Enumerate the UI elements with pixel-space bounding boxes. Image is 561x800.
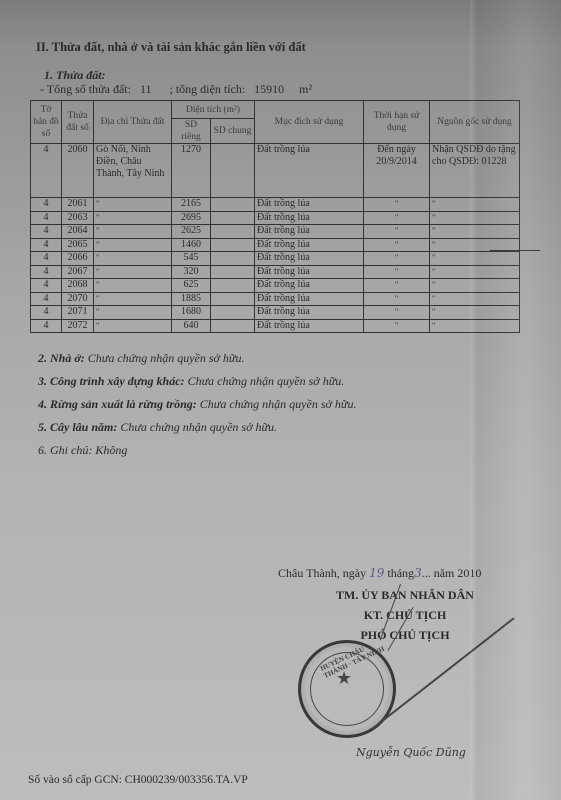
cell-map-sheet: 4: [31, 144, 62, 198]
cell-private: 320: [172, 265, 211, 279]
cell-duration: ": [364, 306, 430, 320]
cell-purpose: Đất trồng lúa: [255, 265, 364, 279]
cell-shared: [211, 252, 255, 266]
land-subtitle: 1. Thửa đất:: [44, 68, 106, 83]
cell-map-sheet: 4: [31, 306, 62, 320]
cell-parcel: 2066: [62, 252, 94, 266]
cell-address: ": [94, 306, 172, 320]
cell-parcel: 2064: [62, 225, 94, 239]
cell-address: ": [94, 292, 172, 306]
cell-address: ": [94, 252, 172, 266]
asset-label: 4. Rừng sản xuất là rừng trồng:: [38, 397, 197, 411]
cell-private: 640: [172, 319, 211, 333]
cell-parcel: 2065: [62, 238, 94, 252]
cell-duration: ": [364, 238, 430, 252]
cell-origin: ": [430, 225, 520, 239]
cell-origin: ": [430, 265, 520, 279]
cell-shared: [211, 211, 255, 225]
asset-value: Chưa chứng nhận quyền sở hữu.: [120, 420, 277, 434]
official-stamp: HUYỆN CHÂU THÀNH · TÂY NINH ★: [298, 640, 396, 738]
cell-map-sheet: 4: [31, 198, 62, 212]
cell-purpose: Đất trồng lúa: [255, 198, 364, 212]
gcn-label: Số vào sổ cấp GCN:: [28, 774, 122, 786]
section-title: II. Thửa đất, nhà ở và tài sản khác gắn …: [36, 40, 306, 55]
asset-item: 6. Ghi chú: Không: [38, 439, 356, 462]
date-month: 3: [414, 566, 422, 580]
table-row: 42066"545Đất trồng lúa"": [31, 252, 520, 266]
cell-map-sheet: 4: [31, 319, 62, 333]
cell-duration: ": [364, 211, 430, 225]
land-totals: - Tổng số thửa đất: 11 ; tổng diện tích:…: [40, 82, 312, 97]
table-row: 42068"625Đất trồng lúa"": [31, 279, 520, 293]
cell-map-sheet: 4: [31, 279, 62, 293]
cell-origin: ": [430, 211, 520, 225]
cell-private: 2165: [172, 198, 211, 212]
header-address: Địa chỉ Thửa đất: [94, 101, 172, 144]
cell-duration: Đến ngày 20/9/2014: [364, 144, 430, 198]
asset-label: 5. Cây lâu năm:: [38, 420, 117, 434]
total-area-label: ; tổng diện tích:: [170, 82, 246, 97]
signature-block: TM. ỦY BAN NHÂN DÂN KT. CHỦ TỊCH PHÓ CHỦ…: [280, 585, 530, 645]
cell-shared: [211, 319, 255, 333]
cell-origin: Nhận QSDĐ do tặng cho QSDĐ: 01228: [430, 144, 520, 198]
cell-parcel: 2067: [62, 265, 94, 279]
cell-shared: [211, 279, 255, 293]
cell-purpose: Đất trồng lúa: [255, 225, 364, 239]
cell-private: 1460: [172, 238, 211, 252]
cell-purpose: Đất trồng lúa: [255, 279, 364, 293]
parcel-table: Tờ bản đồ số Thửa đất số Địa chỉ Thửa đấ…: [30, 100, 520, 333]
cell-purpose: Đất trồng lúa: [255, 306, 364, 320]
cell-private: 2625: [172, 225, 211, 239]
table-row: 42067"320Đất trồng lúa"": [31, 265, 520, 279]
cell-private: 2695: [172, 211, 211, 225]
cell-purpose: Đất trồng lúa: [255, 319, 364, 333]
cell-shared: [211, 265, 255, 279]
signer-org: TM. ỦY BAN NHÂN DÂN: [280, 585, 530, 605]
header-area-private: SD riêng: [172, 119, 211, 144]
place-date: Châu Thành, ngày 19 tháng3... năm 2010: [278, 566, 481, 581]
cell-parcel: 2063: [62, 211, 94, 225]
month-label: tháng: [387, 566, 414, 580]
cell-parcel: 2060: [62, 144, 94, 198]
cell-duration: ": [364, 225, 430, 239]
cell-purpose: Đất trồng lúa: [255, 292, 364, 306]
cell-address: ": [94, 198, 172, 212]
cell-duration: ": [364, 279, 430, 293]
cell-parcel: 2071: [62, 306, 94, 320]
cell-private: 545: [172, 252, 211, 266]
asset-label: 3. Công trình xây dựng khác:: [38, 374, 185, 388]
table-row: 42071"1680Đất trồng lúa"": [31, 306, 520, 320]
cell-private: 1885: [172, 292, 211, 306]
cell-map-sheet: 4: [31, 252, 62, 266]
area-unit: m²: [299, 82, 312, 97]
cell-address: ": [94, 279, 172, 293]
header-area-shared: SD chung: [211, 119, 255, 144]
header-area: Diện tích (m²): [172, 101, 255, 119]
cell-private: 1270: [172, 144, 211, 198]
header-duration: Thời hạn sử dụng: [364, 101, 430, 144]
cell-duration: ": [364, 265, 430, 279]
cell-address: ": [94, 211, 172, 225]
cell-origin: ": [430, 279, 520, 293]
cell-map-sheet: 4: [31, 225, 62, 239]
cell-parcel: 2068: [62, 279, 94, 293]
star-emblem-icon: ★: [336, 668, 352, 689]
header-map-sheet: Tờ bản đồ số: [31, 101, 62, 144]
cell-purpose: Đất trồng lúa: [255, 211, 364, 225]
cell-origin: ": [430, 252, 520, 266]
cell-origin: ": [430, 319, 520, 333]
cell-shared: [211, 306, 255, 320]
asset-label: 6. Ghi chú:: [38, 443, 92, 457]
header-parcel: Thửa đất số: [62, 101, 94, 144]
asset-value: Không: [95, 443, 127, 457]
asset-item: 4. Rừng sản xuất là rừng trồng: Chưa chứ…: [38, 393, 356, 416]
cell-address: Gò Nổi, Ninh Điền, Châu Thành, Tây Ninh: [94, 144, 172, 198]
header-origin: Nguồn gốc sử dụng: [430, 101, 520, 144]
asset-item: 3. Công trình xây dựng khác: Chưa chứng …: [38, 370, 356, 393]
place-date-prefix: Châu Thành, ngày: [278, 566, 366, 580]
certificate-page: II. Thửa đất, nhà ở và tài sản khác gắn …: [0, 0, 561, 800]
cell-private: 1680: [172, 306, 211, 320]
table-row: 42063"2695Đất trồng lúa"": [31, 211, 520, 225]
asset-item: 5. Cây lâu năm: Chưa chứng nhận quyền sở…: [38, 416, 356, 439]
cell-shared: [211, 238, 255, 252]
table-row: 42060Gò Nổi, Ninh Điền, Châu Thành, Tây …: [31, 144, 520, 198]
cell-address: ": [94, 319, 172, 333]
table-row: 42072"640Đất trồng lúa"": [31, 319, 520, 333]
total-area-value: 15910: [254, 82, 284, 97]
cell-private: 625: [172, 279, 211, 293]
cell-address: ": [94, 225, 172, 239]
cell-shared: [211, 198, 255, 212]
cell-map-sheet: 4: [31, 238, 62, 252]
cell-purpose: Đất trồng lúa: [255, 238, 364, 252]
asset-label: 2. Nhà ở:: [38, 351, 85, 365]
cell-map-sheet: 4: [31, 211, 62, 225]
table-row: 42061"2165Đất trồng lúa"": [31, 198, 520, 212]
cell-duration: ": [364, 292, 430, 306]
cell-duration: ": [364, 198, 430, 212]
date-day: 19: [369, 566, 384, 580]
cell-origin: ": [430, 306, 520, 320]
cell-address: ": [94, 238, 172, 252]
cell-purpose: Đất trồng lúa: [255, 252, 364, 266]
asset-item: 2. Nhà ở: Chưa chứng nhận quyền sở hữu.: [38, 347, 356, 370]
cell-shared: [211, 225, 255, 239]
cell-shared: [211, 292, 255, 306]
cell-parcel: 2072: [62, 319, 94, 333]
gcn-value: CH000239/003356.TA.VP: [125, 774, 248, 786]
cell-origin: ": [430, 292, 520, 306]
parcel-count-value: 11: [140, 82, 152, 97]
signer-name: Nguyễn Quốc Dũng: [356, 746, 466, 759]
table-row: 42070"1885Đất trồng lúa"": [31, 292, 520, 306]
table-row: 42065"1460Đất trồng lúa"": [31, 238, 520, 252]
asset-value: Chưa chứng nhận quyền sở hữu.: [188, 374, 345, 388]
asset-value: Chưa chứng nhận quyền sở hữu.: [88, 351, 245, 365]
cell-duration: ": [364, 319, 430, 333]
cell-origin: ": [430, 198, 520, 212]
table-row: 42064"2625Đất trồng lúa"": [31, 225, 520, 239]
cell-purpose: Đất trồng lúa: [255, 144, 364, 198]
asset-value: Chưa chứng nhận quyền sở hữu.: [200, 397, 357, 411]
cell-parcel: 2070: [62, 292, 94, 306]
cell-duration: ": [364, 252, 430, 266]
year-label: năm 2010: [434, 566, 482, 580]
cell-map-sheet: 4: [31, 292, 62, 306]
header-purpose: Mục đích sử dụng: [255, 101, 364, 144]
cell-parcel: 2061: [62, 198, 94, 212]
gcn-number: Số vào sổ cấp GCN: CH000239/003356.TA.VP: [28, 774, 248, 786]
other-assets-list: 2. Nhà ở: Chưa chứng nhận quyền sở hữu.3…: [38, 347, 356, 462]
cell-shared: [211, 144, 255, 198]
cell-map-sheet: 4: [31, 265, 62, 279]
table-extension-line: [490, 250, 540, 251]
cell-address: ": [94, 265, 172, 279]
parcel-count-label: - Tổng số thửa đất:: [40, 82, 131, 97]
